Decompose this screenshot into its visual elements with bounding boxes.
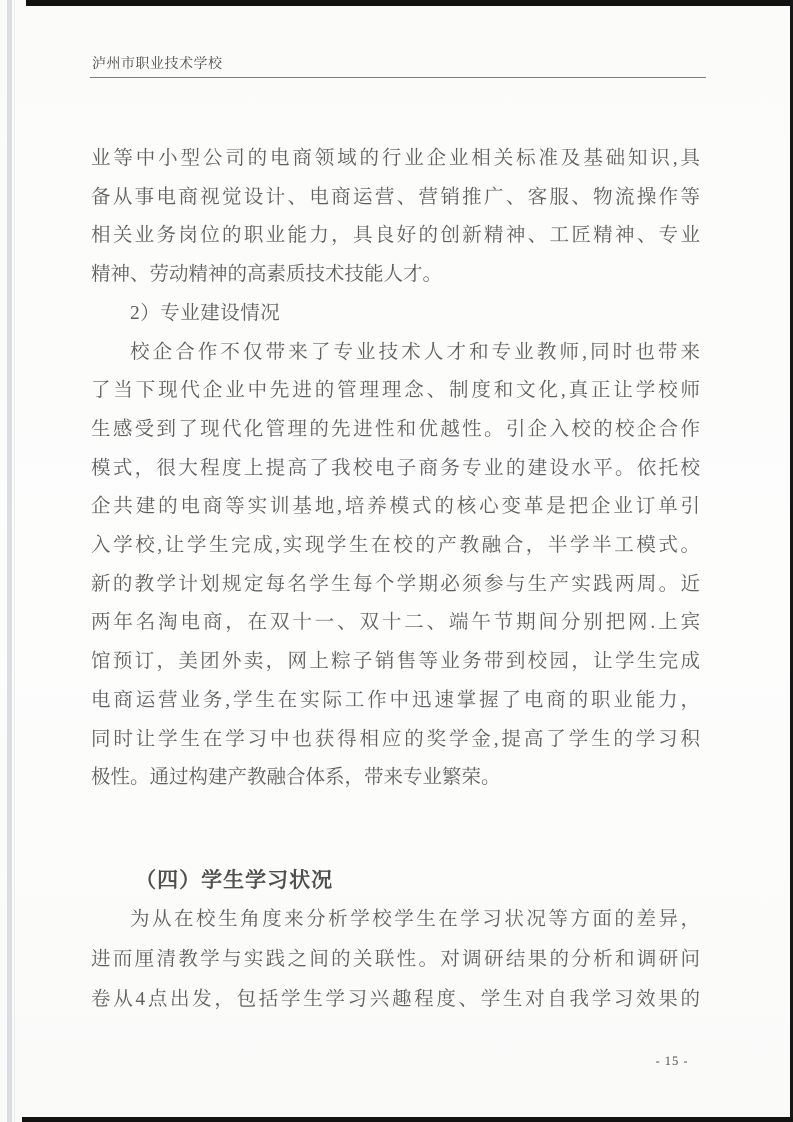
body-text-block: 业等中小型公司的电商领域的行业企业相关标准及基础知识,具 备从事电商视觉设计、电… [91,140,700,798]
body-text-line: 相关业务岗位的职业能力，具良好的创新精神、工匠精神、专业 [91,217,700,256]
header-rule [90,77,706,78]
body-text-line: 企共建的电商等实训基地,培养模式的核心变革是把企业订单引 [91,488,700,527]
section-heading-2: 2）专业建设情况 [91,295,700,334]
body-text-line: 同时让学生在学习中也获得相应的奖学金,提高了学生的学习积 [91,721,700,760]
document-page: 泸州市职业技术学校 业等中小型公司的电商领域的行业企业相关标准及基础知识,具 备… [0,0,793,1122]
scan-edge-bottom [22,1117,793,1122]
body-text-line: 业等中小型公司的电商领域的行业企业相关标准及基础知识,具 [91,140,700,179]
body-text-line: 馆预订，美团外卖，网上粽子销售等业务带到校园，让学生完成 [91,643,700,682]
page-number: - 15 - [612,1054,732,1069]
scan-edge-top [26,0,793,6]
body-text-block: 为从在校生角度来分析学校学生在学习状况等方面的差异， 进而厘清教学与实践之间的关… [91,900,700,1020]
body-text-line: 卷从4点出发，包括学生学习兴趣程度、学生对自我学习效果的 [91,980,700,1020]
body-text-line: 备从事电商视觉设计、电商运营、营销推广、客服、物流操作等 [91,179,700,218]
body-text-line: 电商运营业务,学生在实际工作中迅速掌握了电商的职业能力， [91,682,700,721]
body-text-line: 入学校,让学生完成,实现学生在校的产教融合，半学半工模式。 [91,527,700,566]
body-text-line: 生感受到了现代化管理的先进性和优越性。引企入校的校企合作 [91,411,700,450]
body-text-line: 了当下现代企业中先进的管理理念、制度和文化,真正让学校师 [91,372,700,411]
body-text-line: 精神、劳动精神的高素质技术技能人才。 [91,256,700,295]
body-text-line: 新的教学计划规定每名学生每个学期必须参与生产实践两周。近 [91,566,700,605]
body-text-line: 校企合作不仅带来了专业技术人才和专业教师,同时也带来 [91,334,700,373]
section-heading-4: （四）学生学习状况 [91,860,700,900]
page-header-school-name: 泸州市职业技术学校 [92,53,223,73]
body-text-line: 进而厘清教学与实践之间的关联性。对调研结果的分析和调研问 [91,940,700,980]
body-text-line: 两年名淘电商，在双十一、双十二、端午节期间分别把网.上宾 [91,604,700,643]
body-text-line: 极性。通过构建产教融合体系，带来专业繁荣。 [91,759,700,798]
body-text-line: 模式，很大程度上提高了我校电子商务专业的建设水平。依托校 [91,450,700,489]
body-text-line: 为从在校生角度来分析学校学生在学习状况等方面的差异， [91,900,700,940]
scan-edge-left-strip-2 [14,0,15,1122]
scan-edge-left-strip [7,0,12,1122]
